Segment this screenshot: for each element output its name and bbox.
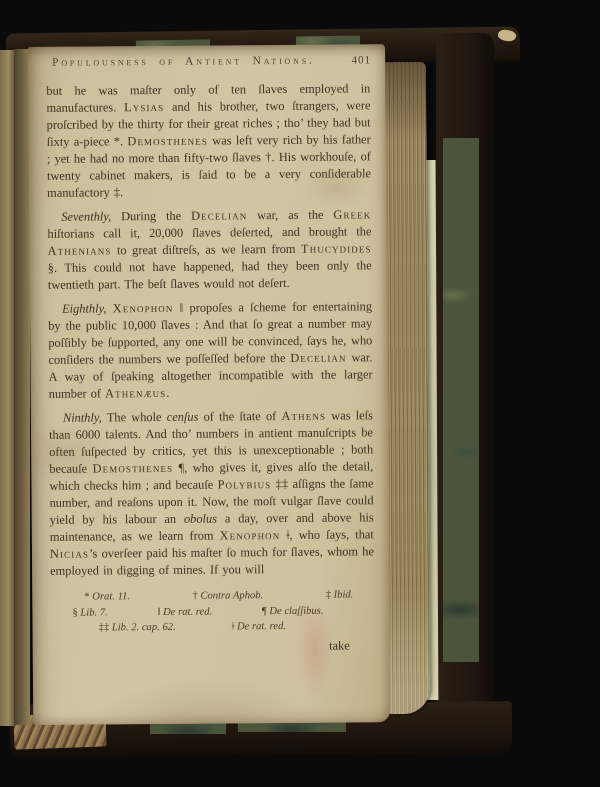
footnote-item: ‡ Ibid. [326, 587, 354, 603]
text-segment: to great diſtreſs, as we learn from [111, 242, 301, 257]
paragraph: but he was maſter only of ten ſlaves emp… [46, 80, 371, 202]
footnote-mark: § [72, 607, 80, 618]
text-segment: . [166, 386, 169, 400]
text-segment: The whole [102, 410, 167, 425]
header-title: Populousness of Antient Nations. [52, 54, 352, 68]
paragraph: Seventhly, During the Decelian war, as t… [47, 206, 372, 294]
text-segment: During the [111, 209, 191, 224]
text-segment: Eighthly, [62, 301, 107, 315]
footnotes: * Orat. 11.† Contra Aphob.‡ Ibid.§ Lib. … [72, 587, 363, 636]
text-segment: Polybius [217, 477, 271, 491]
footnote-item: * Orat. 11. [84, 589, 130, 605]
text-segment: Decelian [191, 208, 247, 222]
marbled-board-right [443, 138, 479, 662]
footnote-citation: Contra Aphob. [200, 590, 263, 601]
footnote-item: † Contra Aphob. [192, 588, 263, 604]
text-segment: Seventhly, [61, 209, 111, 223]
text-segment: Nicias [50, 547, 89, 561]
footnote-item: ¶ De claſſibus. [262, 603, 324, 619]
footnote-mark: ¶ [262, 606, 270, 617]
footnote-mark: * [84, 592, 92, 603]
text-segment: Athenæus [105, 386, 166, 400]
text-segment: Xenophon [113, 301, 174, 315]
text-segment: Demosthenes [93, 461, 174, 476]
running-header: Populousness of Antient Nations. 401 [52, 54, 371, 69]
footnote-citation: Ibid. [334, 589, 354, 600]
page-body: but he was maſter only of ten ſlaves emp… [46, 80, 374, 580]
footnote-citation: De rat. red. [237, 621, 286, 632]
text-segment: §. This could not have happened, had the… [48, 258, 372, 292]
book-page: Populousness of Antient Nations. 401 but… [28, 44, 390, 725]
text-segment: ’s overſeer paid his maſter ſo much for … [50, 544, 374, 578]
text-segment: Xenophon [220, 528, 281, 542]
footnote-item: ǂ De rat. red. [232, 619, 286, 635]
text-segment: obolus [184, 512, 217, 526]
text-segment: of the ſtate of [198, 409, 281, 424]
text-segment: hiſtorians call it, 20,000 ſlaves deſert… [47, 224, 371, 241]
text-segment: Ninthly, [63, 410, 102, 424]
footnote-mark: † [192, 591, 200, 602]
footnote-citation: Orat. 11. [92, 591, 130, 602]
footnote-item: ‡‡ Lib. 2. cap. 62. [99, 620, 176, 636]
gutter-shadow [14, 49, 30, 725]
footnote-citation: De rat. red. [163, 606, 212, 617]
footnote-citation: Lib. 2. cap. 62. [112, 622, 176, 634]
text-segment: Lysias [124, 100, 164, 114]
footnote-citation: De claſſibus. [269, 605, 323, 616]
text-segment: Thucydides [301, 241, 372, 256]
text-segment: ǂ, who ſays, that [280, 527, 374, 542]
left-page-edge [0, 50, 14, 726]
text-segment: Athenians [48, 243, 112, 258]
text-segment: Demosthenes [127, 134, 208, 149]
footnote-row: ‡‡ Lib. 2. cap. 62.ǂ De rat. red. [73, 618, 364, 636]
text-segment: Greek [333, 207, 371, 221]
text-segment: Decelian [290, 351, 346, 365]
text-segment: Athens [281, 409, 326, 423]
footnote-item: ‖ De rat. red. [157, 604, 212, 620]
text-segment: cenſus [167, 410, 199, 424]
footnote-item: § Lib. 7. [72, 605, 107, 621]
footnote-mark: ‡‡ [99, 622, 112, 633]
catchword: take [33, 638, 350, 655]
paragraph: Ninthly, The whole cenſus of the ſtate o… [49, 407, 374, 580]
page-number: 401 [352, 54, 372, 66]
footnote-row: § Lib. 7.‖ De rat. red.¶ De claſſibus. [72, 603, 363, 621]
paragraph: Eighthly, Xenophon ‖ propoſes a ſcheme f… [48, 298, 373, 403]
footnote-citation: Lib. 7. [80, 607, 107, 618]
text-segment: war, as the [247, 208, 333, 223]
